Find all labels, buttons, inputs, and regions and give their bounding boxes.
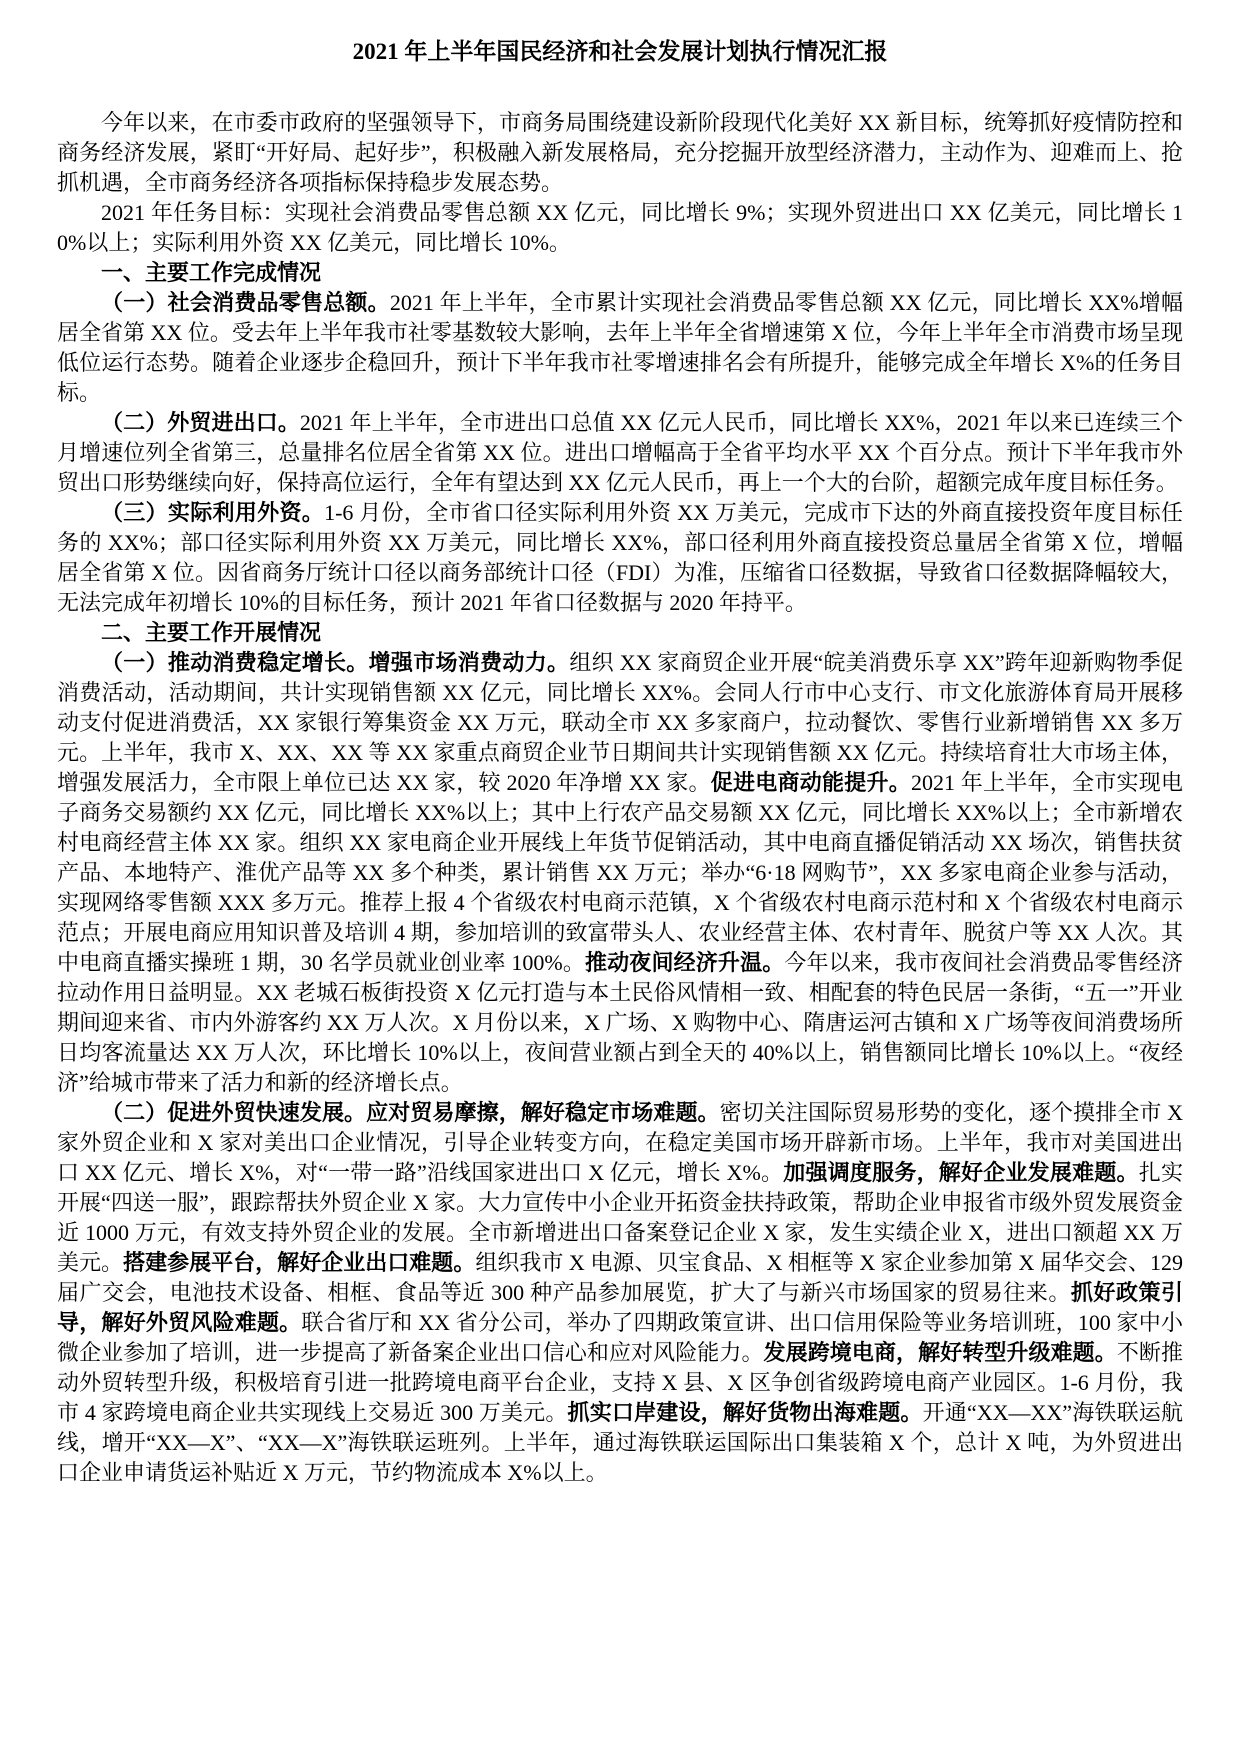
bold-text-run: 抓实口岸建设，解好货物出海难题。: [568, 1400, 923, 1425]
paragraph: （一）推动消费稳定增长。增强市场消费动力。组织 XX 家商贸企业开展“皖美消费乐…: [57, 648, 1183, 1098]
document-title: 2021 年上半年国民经济和社会发展计划执行情况汇报: [57, 36, 1183, 68]
paragraph: （一）社会消费品零售总额。2021 年上半年，全市累计实现社会消费品零售总额 X…: [57, 288, 1183, 408]
bold-text-run: 加强调度服务，解好企业发展难题。: [783, 1160, 1139, 1185]
document-body: 今年以来，在市委市政府的坚强领导下，市商务局围绕建设新阶段现代化美好 XX 新目…: [57, 108, 1183, 1488]
text-run: 今年以来，在市委市政府的坚强领导下，市商务局围绕建设新阶段现代化美好 XX 新目…: [57, 110, 1183, 195]
paragraph: 今年以来，在市委市政府的坚强领导下，市商务局围绕建设新阶段现代化美好 XX 新目…: [57, 108, 1183, 198]
bold-text-run: （二）促进外贸快速发展。应对贸易摩擦，解好稳定市场难题。: [101, 1100, 720, 1125]
paragraph: （二）促进外贸快速发展。应对贸易摩擦，解好稳定市场难题。密切关注国际贸易形势的变…: [57, 1098, 1183, 1488]
bold-text-run: 推动夜间经济升温。: [585, 950, 784, 975]
paragraph: （二）外贸进出口。2021 年上半年，全市进出口总值 XX 亿元人民币，同比增长…: [57, 408, 1183, 498]
section-heading: 二、主要工作开展情况: [57, 618, 1183, 648]
text-run: 2021 年上半年，全市实现电子商务交易额约 XX 亿元，同比增长 XX%以上；…: [57, 770, 1183, 975]
bold-text-run: （二）外贸进出口。: [101, 410, 300, 435]
document-page: 2021 年上半年国民经济和社会发展计划执行情况汇报 今年以来，在市委市政府的坚…: [0, 0, 1240, 1754]
bold-text-run: 搭建参展平台，解好企业出口难题。: [123, 1250, 475, 1275]
bold-text-run: （三）实际利用外资。: [101, 500, 324, 525]
bold-text-run: （一）社会消费品零售总额。: [101, 290, 390, 315]
bold-text-run: 促进电商动能提升。: [711, 770, 911, 795]
bold-text-run: （一）推动消费稳定增长。增强市场消费动力。: [101, 650, 569, 675]
bold-text-run: 一、主要工作完成情况: [101, 260, 321, 285]
bold-text-run: 二、主要工作开展情况: [101, 620, 321, 645]
text-run: 2021 年任务目标：实现社会消费品零售总额 XX 亿元，同比增长 9%；实现外…: [57, 200, 1183, 255]
section-heading: 一、主要工作完成情况: [57, 258, 1183, 288]
paragraph: （三）实际利用外资。1-6 月份，全市省口径实际利用外资 XX 万美元，完成市下…: [57, 498, 1183, 618]
paragraph: 2021 年任务目标：实现社会消费品零售总额 XX 亿元，同比增长 9%；实现外…: [57, 198, 1183, 258]
bold-text-run: 发展跨境电商，解好转型升级难题。: [764, 1340, 1117, 1365]
